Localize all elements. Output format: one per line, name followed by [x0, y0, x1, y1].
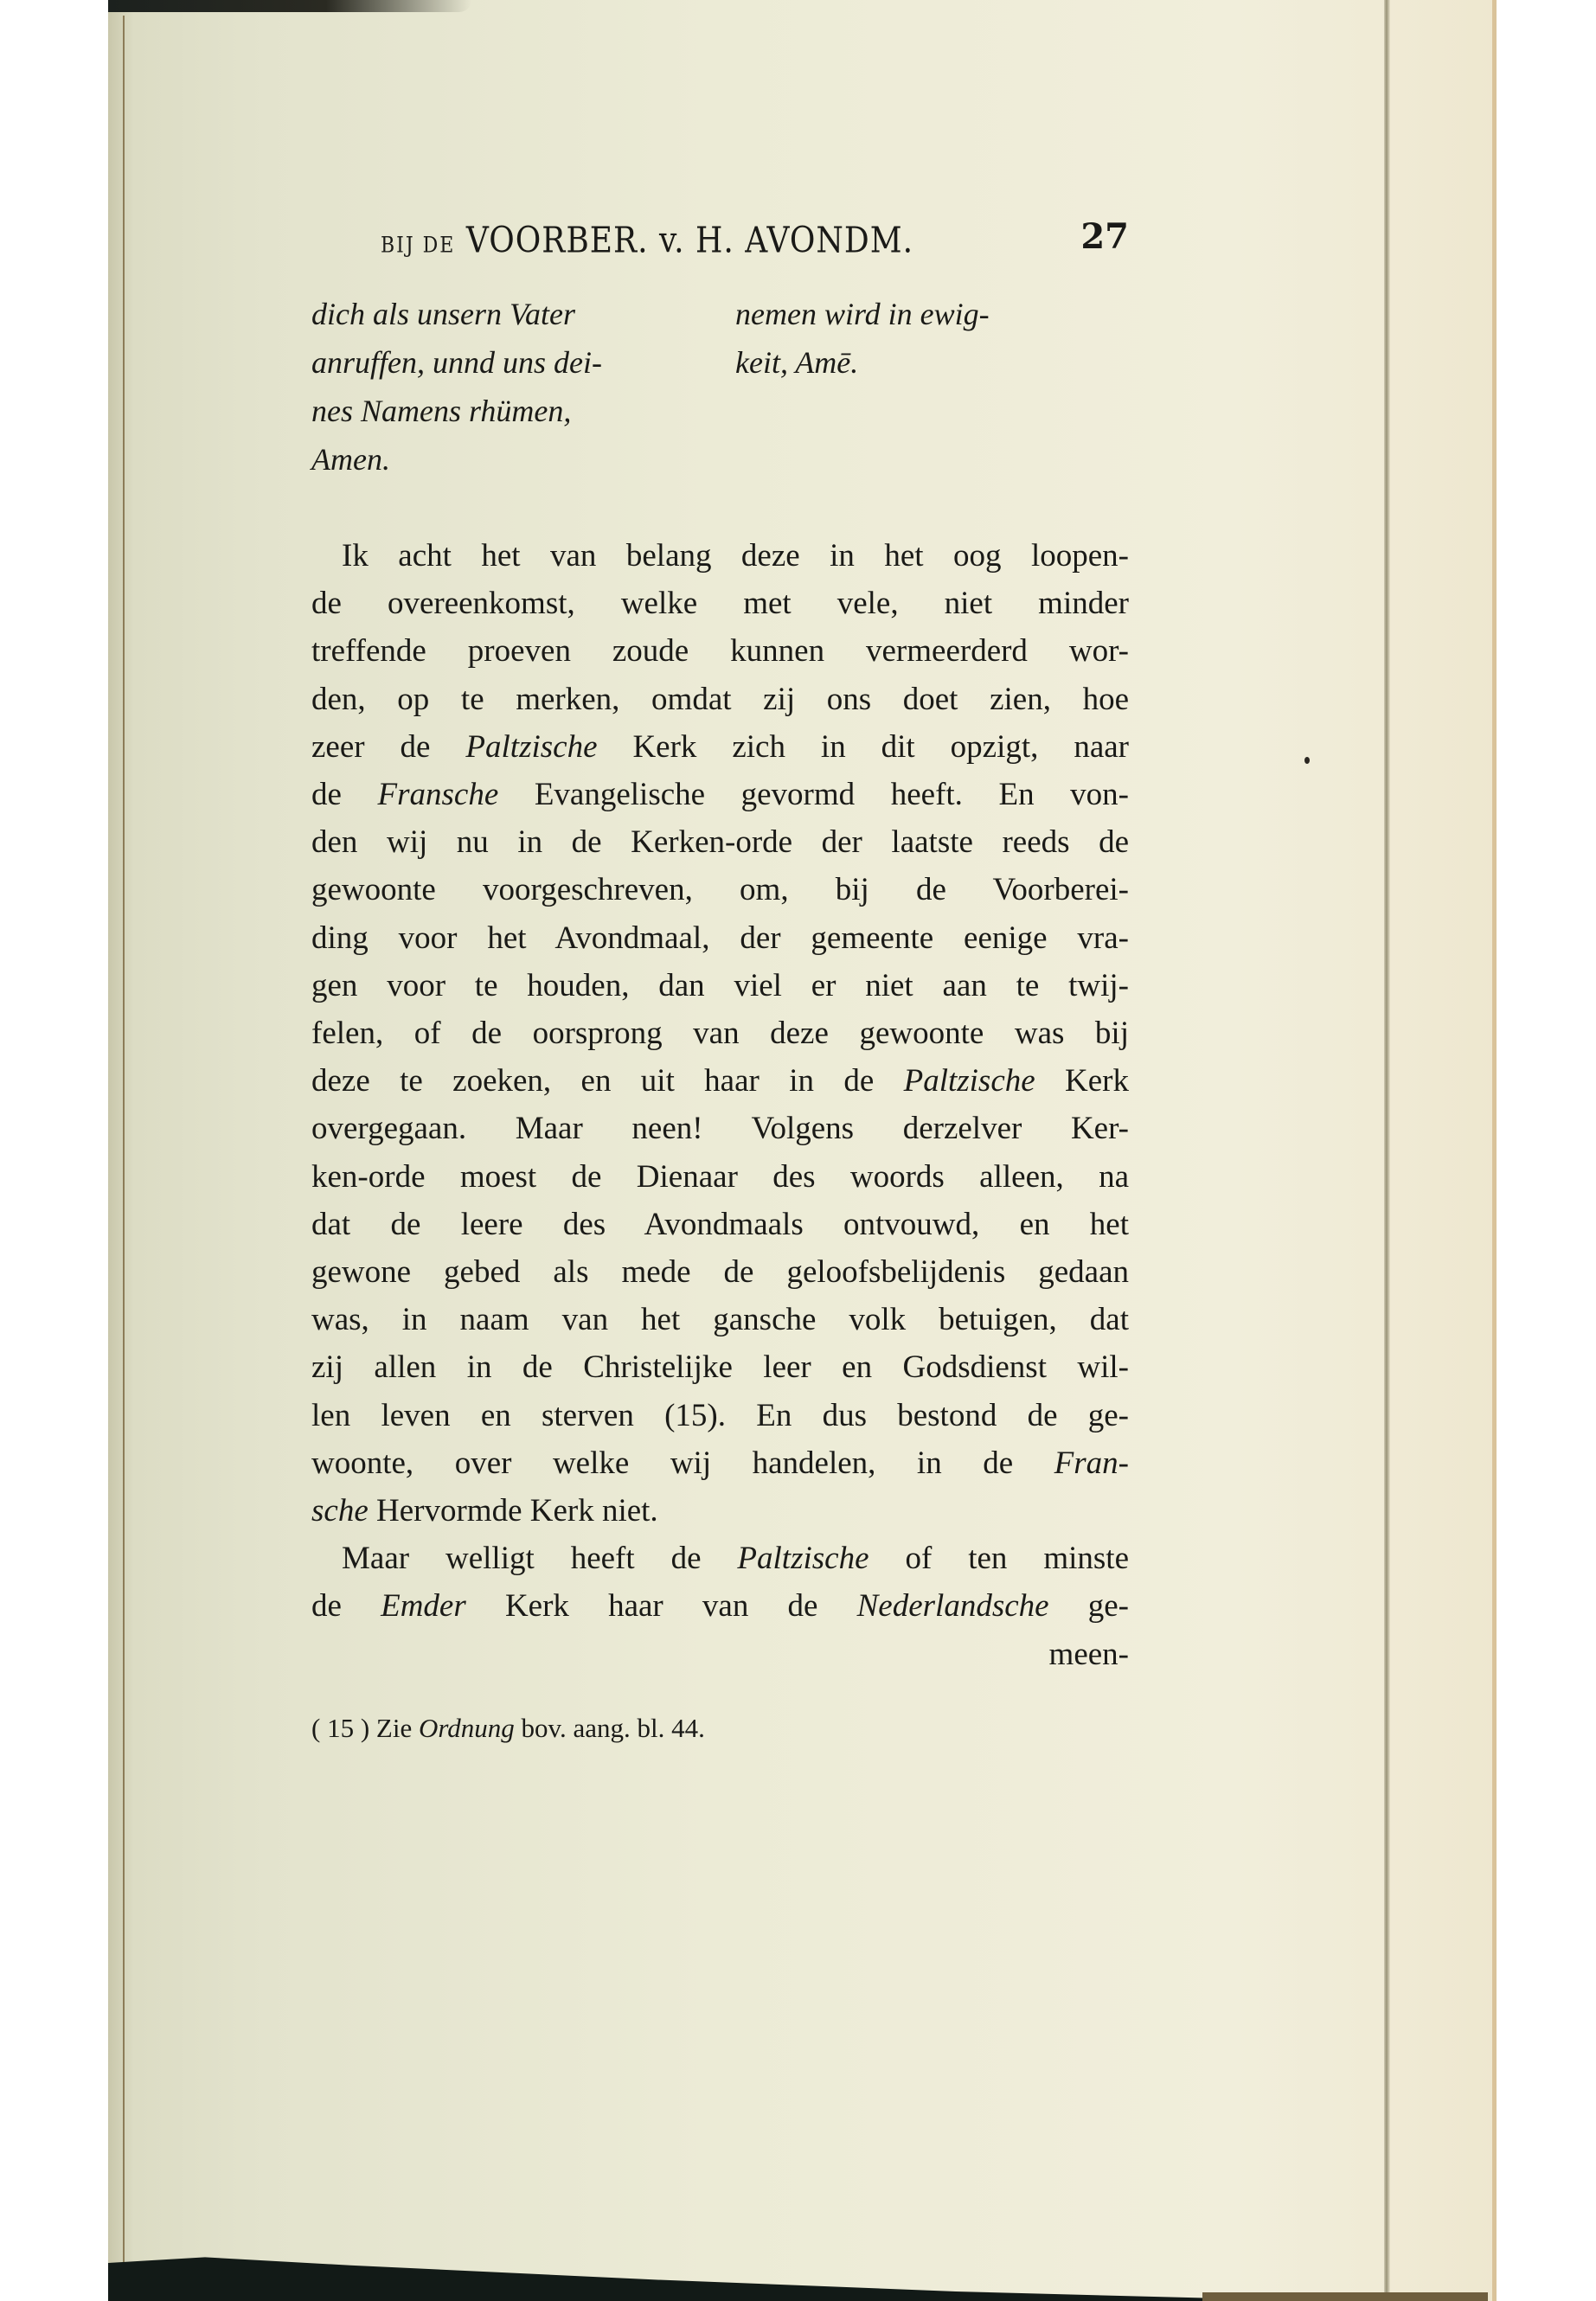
line-text: treffende proeven zoude kunnen vermeerde… — [311, 633, 1129, 669]
line-text: woonte, over welke wij handelen, in de — [311, 1445, 1054, 1481]
line-text: felen, of de oorsprong van deze gewoonte… — [311, 1016, 1129, 1051]
footnote-text-pre: Zie — [376, 1713, 419, 1743]
line-text: dat de leere des Avondmaals ontvouwd, en… — [311, 1207, 1129, 1242]
text-line: gewone gebed als mede de geloofsbelijden… — [311, 1248, 1129, 1296]
text-line: overgegaan. Maar neen! Volgens derzelver… — [311, 1105, 1129, 1152]
page-left-edge — [123, 16, 125, 2265]
quote-line: dich als unsern Vater — [311, 290, 727, 338]
text-line: Maar welligt heeft de Paltzische of ten … — [311, 1535, 1129, 1582]
quote-line: nes Namens rhümen, — [311, 387, 727, 435]
text-line: de Emder Kerk haar van de Nederlandsche … — [311, 1582, 1129, 1630]
line-text: len leven en sterven (15). En dus beston… — [311, 1398, 1129, 1433]
line-text: Kerk zich in dit opzigt, naar — [598, 729, 1130, 765]
text-line: len leven en sterven (15). En dus beston… — [311, 1392, 1129, 1439]
ink-speck — [1304, 757, 1310, 764]
text-line: den, op te merken, omdat zij ons doet zi… — [311, 676, 1129, 723]
scan-top-shadow — [108, 0, 471, 12]
line-text: gewoonte voorgeschreven, om, bij de Voor… — [311, 872, 1129, 907]
line-text: ge- — [1049, 1588, 1129, 1624]
italic-term: Paltzische — [737, 1541, 869, 1576]
text-line: sche Hervormde Kerk niet. — [311, 1487, 1129, 1535]
line-text: Evangelische gevormd heeft. En von- — [498, 777, 1129, 812]
page-gutter-fold — [1384, 0, 1390, 2301]
text-line: ken-orde moest de Dienaar des woords all… — [311, 1153, 1129, 1201]
text-line: Ik acht het van belang deze in het oog l… — [311, 532, 1129, 580]
text-line: gewoonte voorgeschreven, om, bij de Voor… — [311, 866, 1129, 913]
scan-bottom-edge — [1202, 2292, 1488, 2301]
line-text: meen- — [1049, 1637, 1129, 1672]
text-line: felen, of de oorsprong van deze gewoonte… — [311, 1009, 1129, 1057]
footnote-marker: ( 15 ) — [311, 1713, 369, 1743]
line-text: of ten minste — [869, 1541, 1129, 1576]
italic-term: Nederlandsche — [857, 1588, 1049, 1624]
italic-term: Paltzische — [904, 1063, 1035, 1099]
line-text: ken-orde moest de Dienaar des woords all… — [311, 1159, 1129, 1195]
line-text: gen voor te houden, dan viel er niet aan… — [311, 968, 1129, 1003]
line-text: den, op te merken, omdat zij ons doet zi… — [311, 682, 1129, 717]
line-text: ding voor het Avondmaal, der gemeente ee… — [311, 920, 1129, 956]
text-line: de overeenkomst, welke met vele, niet mi… — [311, 580, 1129, 627]
line-text: zij allen in de Christelijke leer en God… — [311, 1349, 1129, 1385]
text-line: zeer de Paltzische Kerk zich in dit opzi… — [311, 723, 1129, 771]
quote-column-right: nemen wird in ewig- keit, Amē. — [735, 290, 1129, 387]
line-text: Ik acht het van belang deze in het oog l… — [342, 538, 1129, 574]
line-text: gewone gebed als mede de geloofsbelijden… — [311, 1254, 1129, 1290]
text-line: meen- — [311, 1631, 1129, 1678]
running-head: BIJ DE VOORBER. v. H. AVONDM. 27 — [381, 216, 1129, 268]
text-line: treffende proeven zoude kunnen vermeerde… — [311, 627, 1129, 675]
quote-column-left: dich als unsern Vater anruffen, unnd uns… — [311, 290, 727, 484]
running-head-prefix: BIJ DE — [381, 234, 455, 259]
line-text: overgegaan. Maar neen! Volgens derzelver… — [311, 1111, 1129, 1146]
quote-line: Amen. — [311, 435, 727, 484]
text-line: ding voor het Avondmaal, der gemeente ee… — [311, 914, 1129, 962]
body-paragraphs: Ik acht het van belang deze in het oog l… — [311, 532, 1129, 1678]
footnote: ( 15 ) Zie Ordnung bov. aang. bl. 44. — [311, 1713, 705, 1744]
text-line: zij allen in de Christelijke leer en God… — [311, 1343, 1129, 1391]
text-line: dat de leere des Avondmaals ontvouwd, en… — [311, 1201, 1129, 1248]
line-text: was, in naam van het gansche volk betuig… — [311, 1302, 1129, 1337]
line-text: Kerk — [1035, 1063, 1129, 1099]
italic-term: Emder — [381, 1588, 466, 1624]
footnote-title: Ordnung — [419, 1713, 515, 1743]
text-line: de Fransche Evangelische gevormd heeft. … — [311, 771, 1129, 818]
italic-term: sche — [311, 1493, 369, 1529]
line-text: den wij nu in de Kerken-orde der laatste… — [311, 824, 1129, 860]
line-text: deze te zoeken, en uit haar in de — [311, 1063, 904, 1099]
text-line: woonte, over welke wij handelen, in de F… — [311, 1439, 1129, 1487]
italic-term: Fransche — [378, 777, 499, 812]
text-line: was, in naam van het gansche volk betuig… — [311, 1296, 1129, 1343]
text-line: den wij nu in de Kerken-orde der laatste… — [311, 818, 1129, 866]
text-line: deze te zoeken, en uit haar in de Paltzi… — [311, 1057, 1129, 1105]
quote-line: keit, Amē. — [735, 338, 1129, 387]
italic-term: Paltzische — [465, 729, 597, 765]
line-text: zeer de — [311, 729, 465, 765]
footnote-text-post: bov. aang. bl. 44. — [515, 1713, 705, 1743]
text-line: gen voor te houden, dan viel er niet aan… — [311, 962, 1129, 1009]
quote-line: anruffen, unnd uns dei- — [311, 338, 727, 387]
line-text: Maar welligt heeft de — [342, 1541, 737, 1576]
running-head-text: VOORBER. v. H. AVONDM. — [466, 221, 913, 261]
line-text: Kerk haar van de — [466, 1588, 857, 1624]
running-head-title: BIJ DE VOORBER. v. H. AVONDM. — [381, 221, 913, 261]
line-text: de — [311, 777, 378, 812]
italic-term: Fran- — [1054, 1445, 1129, 1481]
quote-line: nemen wird in ewig- — [735, 290, 1129, 338]
page-right-edge — [1492, 0, 1497, 2301]
page-number: 27 — [1080, 216, 1129, 257]
line-text: Hervormde Kerk niet. — [369, 1493, 658, 1529]
line-text: de overeenkomst, welke met vele, niet mi… — [311, 586, 1129, 621]
line-text: de — [311, 1588, 381, 1624]
